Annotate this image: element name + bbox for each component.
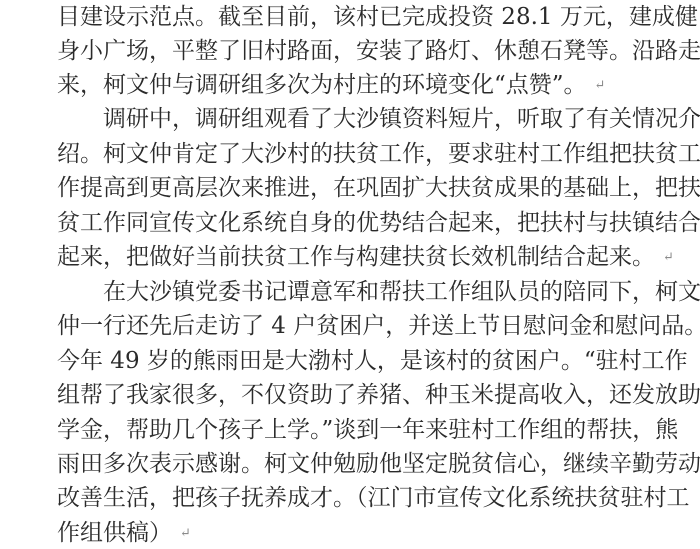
text-line: 身小广场，平整了旧村路面，安装了路灯、休憩石凳等。沿路走 [57, 34, 644, 68]
text-line: 组帮了我家很多，不仅资助了养猪、种玉米提高收入，还发放助 [57, 378, 644, 412]
text-line: 绍。柯文仲肯定了大沙村的扶贫工作，要求驻村工作组把扶贫工 [57, 137, 644, 171]
text-line: 来，柯文仲与调研组多次为村庄的环境变化“点赞”。↵ [57, 68, 605, 102]
paragraph-mark-icon: ↵ [595, 78, 606, 93]
text-line: 作提高到更高层次来推进，在巩固扩大扶贫成果的基础上，把扶 [57, 171, 644, 205]
text-line: 贫工作同宣传文化系统自身的优势结合起来，把扶村与扶镇结合 [57, 206, 644, 240]
text-line: 学金，帮助几个孩子上学。”谈到一年来驻村工作组的帮扶，熊 [57, 413, 644, 447]
text-line: 仲一行还先后走访了 4 户贫困户，并送上节日慰问金和慰问品。 [57, 309, 644, 343]
text-line: 调研中，调研组观看了大沙镇资料短片，听取了有关情况介 [103, 102, 644, 136]
text-line-content: 来，柯文仲与调研组多次为村庄的环境变化“点赞”。 [57, 72, 587, 98]
text-line: 在大沙镇党委书记谭意军和帮扶工作组队员的陪同下，柯文 [103, 275, 644, 309]
text-line-content: 起来，把做好当前扶贫工作与构建扶贫长效机制结合起来。 [57, 244, 655, 270]
text-line: 今年 49 岁的熊雨田是大渤村人，是该村的贫困户。“驻村工作 [57, 344, 644, 378]
paragraph-mark-icon: ↵ [663, 250, 674, 265]
text-line: 目建设示范点。截至目前，该村已完成投资 28.1 万元，建成健 [57, 0, 644, 34]
text-line-content: 作组供稿） [57, 520, 172, 546]
text-line: 雨田多次表示感谢。柯文仲勉励他坚定脱贫信心，继续辛勤劳动， [57, 447, 644, 481]
paragraph-mark-icon: ↵ [180, 526, 191, 541]
text-line: 改善生活，把孩子抚养成才。（江门市宣传文化系统扶贫驻村工 [57, 481, 644, 515]
text-line: 作组供稿）↵ [57, 516, 191, 549]
text-line: 起来，把做好当前扶贫工作与构建扶贫长效机制结合起来。↵ [57, 240, 674, 274]
